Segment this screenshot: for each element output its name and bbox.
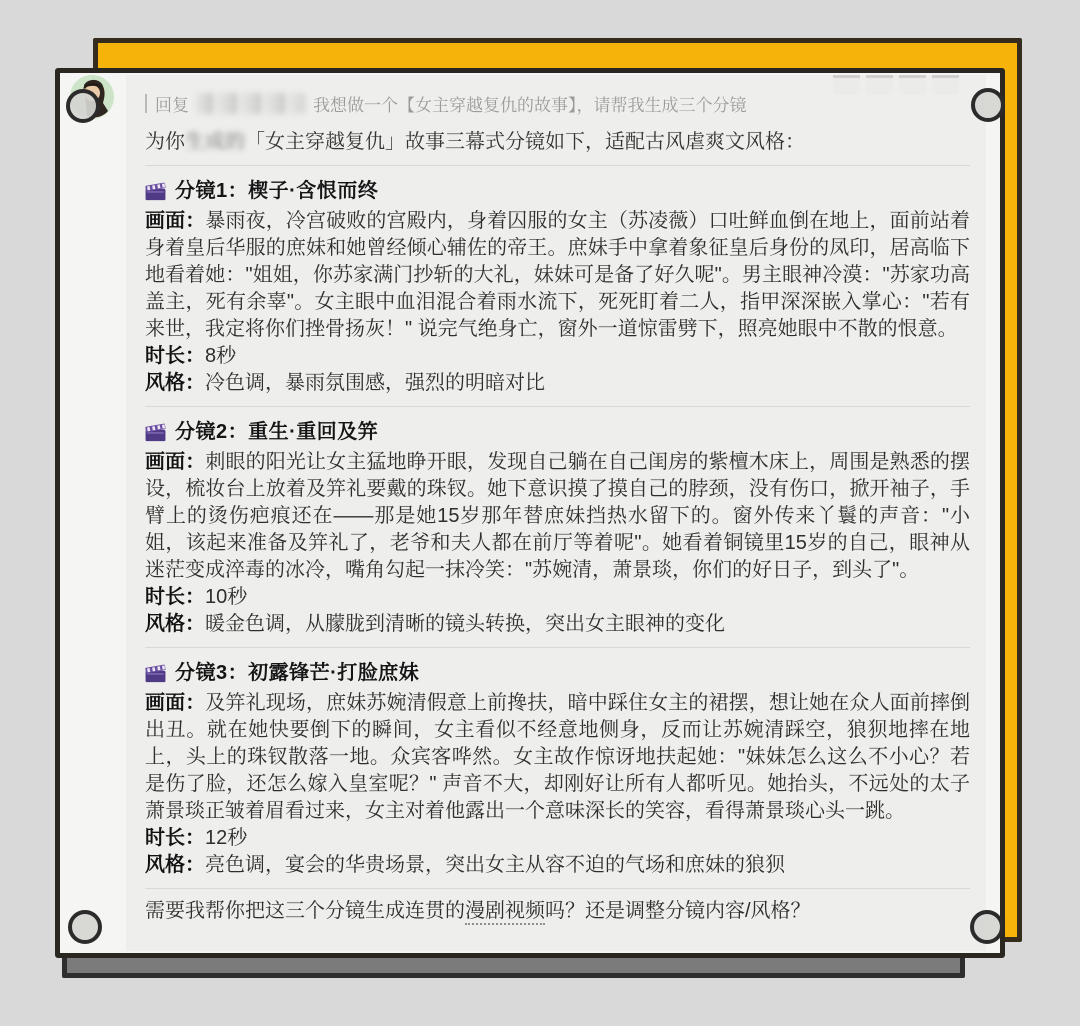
corner-ring-bottom-right	[970, 910, 1004, 944]
decorated-screenshot-frame: 回复 我想做一个【女主穿越复仇的故事】，请帮我生成三个分镜 为你生成的「女主穿越…	[0, 0, 1080, 1026]
followup-pre: 需要我帮你把这三个分镜生成连贯的	[145, 900, 465, 922]
faded-toolbar-icon	[866, 75, 893, 95]
style-line: 风格：亮色调，宴会的华贵场景，突出女主从容不迫的气场和庶妹的狼狈	[145, 852, 970, 879]
reply-message: 我想做一个【女主穿越复仇的故事】，请帮我生成三个分镜	[313, 91, 747, 116]
section-title: 分镜1：楔子·含恨而终	[175, 178, 378, 205]
clapperboard-icon	[145, 423, 166, 442]
screen-label: 画面：	[145, 451, 205, 473]
duration-value: 8秒	[205, 345, 236, 367]
faded-toolbar-icon	[932, 75, 959, 95]
followup-question: 需要我帮你把这三个分镜生成连贯的漫剧视频吗？还是调整分镜内容/风格？	[145, 898, 970, 925]
duration-line: 时长：8秒	[145, 343, 970, 370]
style-label: 风格：	[145, 372, 205, 394]
duration-label: 时长：	[145, 345, 205, 367]
corner-ring-top-right	[971, 88, 1005, 122]
screen-text: 刺眼的阳光让女主猛地睁开眼，发现自己躺在自己闺房的紫檀木床上，周围是熟悉的摆设，…	[145, 451, 970, 581]
intro-rest: 「女主穿越复仇」故事三幕式分镜如下，适配古风虐爽文风格：	[245, 131, 805, 153]
style-label: 风格：	[145, 854, 205, 876]
followup-post: 吗？还是调整分镜内容/风格？	[545, 900, 811, 922]
screen-text: 暴雨夜，冷宫破败的宫殿内，身着囚服的女主（苏凌薇）口吐鲜血倒在地上，面前站着身着…	[145, 210, 970, 340]
duration-value: 10秒	[205, 586, 247, 608]
style-value: 冷色调，暴雨氛围感，强烈的明暗对比	[205, 372, 545, 394]
divider	[145, 888, 970, 889]
style-label: 风格：	[145, 613, 205, 635]
intro-prefix: 为你	[145, 131, 185, 153]
section-title: 分镜2：重生·重回及笄	[175, 419, 378, 446]
screen-description: 画面：及笄礼现场，庶妹苏婉清假意上前搀扶，暗中踩住女主的裙摆，想让她在众人面前摔…	[145, 690, 970, 825]
clapperboard-icon	[145, 664, 166, 683]
storyboard-section-3: 分镜3：初露锋芒·打脸庶妹 画面：及笄礼现场，庶妹苏婉清假意上前搀扶，暗中踩住女…	[145, 660, 970, 879]
screen-label: 画面：	[145, 692, 205, 714]
divider	[145, 165, 970, 166]
faded-toolbar-icon	[899, 75, 926, 95]
storyboard-section-1: 分镜1：楔子·含恨而终 画面：暴雨夜，冷宫破败的宫殿内，身着囚服的女主（苏凌薇）…	[145, 178, 970, 397]
style-line: 风格：冷色调，暴雨氛围感，强烈的明暗对比	[145, 370, 970, 397]
corner-ring-bottom-left	[68, 910, 102, 944]
chat-screenshot-card: 回复 我想做一个【女主穿越复仇的故事】，请帮我生成三个分镜 为你生成的「女主穿越…	[55, 68, 1005, 958]
style-line: 风格：暖金色调，从朦胧到清晰的镜头转换，突出女主眼神的变化	[145, 611, 970, 638]
intro-blurred-text: 生成的	[185, 131, 245, 153]
divider	[145, 406, 970, 407]
style-value: 亮色调，宴会的华贵场景，突出女主从容不迫的气场和庶妹的狼狈	[205, 854, 785, 876]
style-value: 暖金色调，从朦胧到清晰的镜头转换，突出女主眼神的变化	[205, 613, 725, 635]
section-header: 分镜2：重生·重回及笄	[145, 419, 970, 446]
reply-label: 回复	[155, 91, 189, 116]
chat-content-panel: 回复 我想做一个【女主穿越复仇的故事】，请帮我生成三个分镜 为你生成的「女主穿越…	[126, 75, 986, 951]
screen-description: 画面：刺眼的阳光让女主猛地睁开眼，发现自己躺在自己闺房的紫檀木床上，周围是熟悉的…	[145, 449, 970, 584]
screen-description: 画面：暴雨夜，冷宫破败的宫殿内，身着囚服的女主（苏凌薇）口吐鲜血倒在地上，面前站…	[145, 208, 970, 343]
duration-label: 时长：	[145, 586, 205, 608]
duration-label: 时长：	[145, 827, 205, 849]
storyboard-section-2: 分镜2：重生·重回及笄 画面：刺眼的阳光让女主猛地睁开眼，发现自己躺在自己闺房的…	[145, 419, 970, 638]
screen-text: 及笄礼现场，庶妹苏婉清假意上前搀扶，暗中踩住女主的裙摆，想让她在众人面前摔倒出丑…	[145, 692, 970, 822]
duration-line: 时长：12秒	[145, 825, 970, 852]
section-title: 分镜3：初露锋芒·打脸庶妹	[175, 660, 419, 687]
screen-label: 画面：	[145, 210, 205, 232]
duration-line: 时长：10秒	[145, 584, 970, 611]
redacted-username	[197, 93, 305, 114]
section-header: 分镜1：楔子·含恨而终	[145, 178, 970, 205]
duration-value: 12秒	[205, 827, 247, 849]
faded-toolbar	[833, 75, 986, 95]
divider	[145, 647, 970, 648]
intro-line: 为你生成的「女主穿越复仇」故事三幕式分镜如下，适配古风虐爽文风格：	[145, 129, 970, 156]
faded-toolbar-icon	[833, 75, 860, 95]
quote-bar	[145, 94, 147, 113]
clapperboard-icon	[145, 182, 166, 201]
corner-ring-top-left	[66, 89, 100, 123]
manju-video-term[interactable]: 漫剧视频	[465, 900, 545, 925]
section-header: 分镜3：初露锋芒·打脸庶妹	[145, 660, 970, 687]
